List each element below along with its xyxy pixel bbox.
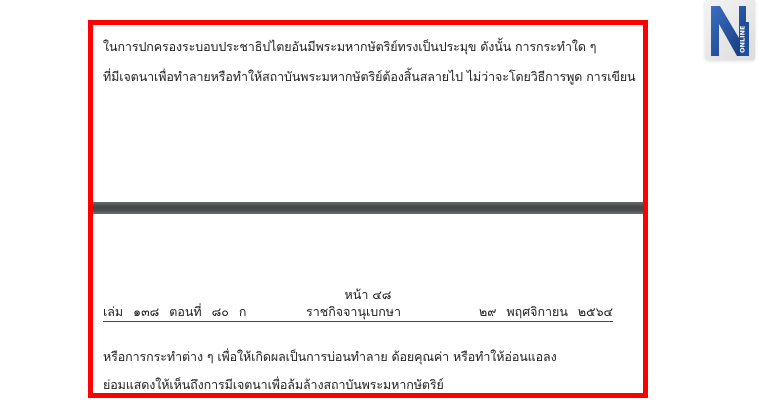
gazette-header-row: เล่ม ๑๓๘ ตอนที่ ๘๐ ก ราชกิจจานุเบกษา ๒๙ … <box>103 302 613 320</box>
page-break-separator <box>93 202 643 214</box>
n-logo-icon: ONLINE <box>705 0 755 60</box>
document-text-line-4: ย่อมแสดงให้เห็นถึงการมีเจตนาเพื่อล้มล้าง… <box>103 375 444 395</box>
document-text-line-3: หรือการกระทำต่าง ๆ เพื่อให้เกิดผลเป็นการ… <box>103 347 557 367</box>
n-online-logo: ONLINE <box>705 0 755 60</box>
publication-date: ๒๙ พฤศจิกายน ๒๕๖๔ <box>479 302 613 322</box>
publication-title: ราชกิจจานุเบกษา <box>306 302 401 322</box>
header-divider <box>103 321 613 322</box>
svg-text:ONLINE: ONLINE <box>739 26 747 53</box>
document-text-line-1: ในการปกครองระบอบประชาธิปไตยอันมีพระมหากษ… <box>103 37 596 57</box>
volume-issue: เล่ม ๑๓๘ ตอนที่ ๘๐ ก <box>103 302 246 322</box>
screenshot-stage: ONLINE ในการปกครองระบอบประชาธิปไตยอันมีพ… <box>0 0 760 409</box>
document-text-line-2: ที่มีเจตนาเพื่อทำลายหรือทำให้สถาบันพระมห… <box>103 67 636 87</box>
highlighted-document-excerpt: ในการปกครองระบอบประชาธิปไตยอันมีพระมหากษ… <box>88 20 648 398</box>
